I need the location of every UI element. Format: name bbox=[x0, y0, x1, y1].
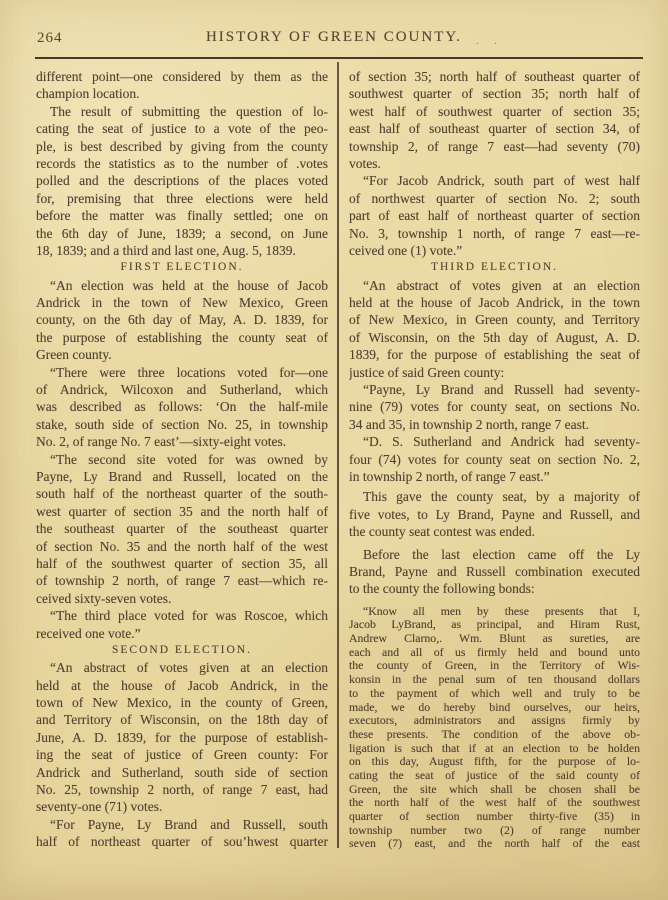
text-line: half of northeast quarter of sou’hwest q… bbox=[36, 833, 328, 850]
text-line: town of New Mexico, in the county of Gre… bbox=[36, 694, 328, 711]
text-line: nine (79) votes for county seat, on sect… bbox=[349, 398, 640, 415]
text-line: the 6th day of June, 1839; a second, on … bbox=[36, 225, 328, 242]
text-line: of Andrick, Wilcoxon and Sutherland, whi… bbox=[36, 381, 328, 398]
text-line: records the statistics as to the number … bbox=[36, 155, 328, 172]
text-line: different point—one considered by them a… bbox=[36, 68, 328, 85]
text-line: polled and the descriptions of the place… bbox=[36, 172, 328, 189]
text-line: No. 25, township 2 north, of range 7 eas… bbox=[36, 781, 328, 798]
text-line: stake, south side of section No. 25, in … bbox=[36, 416, 328, 433]
text-line: east half of southeast quarter of sectio… bbox=[349, 120, 640, 137]
text-line: for, premising that three elections were… bbox=[36, 190, 328, 207]
text-line: received one vote.” bbox=[36, 625, 328, 642]
text-line: konsin in the penal sum of ten thousand … bbox=[349, 673, 640, 687]
text-line: ceived one (1) vote.” bbox=[349, 242, 640, 259]
text-line: of New Mexico, in Green county, and Terr… bbox=[349, 311, 640, 328]
text-line: of section 35; north half of southeast q… bbox=[349, 68, 640, 85]
text-line: quarter of section number thirty-five (3… bbox=[349, 810, 640, 824]
text-line: west quarter of section 35 and the north… bbox=[36, 503, 328, 520]
text-line: held at the house of Jacob Andrick, in t… bbox=[36, 677, 328, 694]
text-line: justice of said Green county: bbox=[349, 364, 640, 381]
text-line: held at the house of Jacob Andrick, in t… bbox=[349, 294, 640, 311]
text-line: Before the last election came off the Ly bbox=[349, 546, 640, 563]
text-line: champion location. bbox=[36, 85, 328, 102]
page-header-title: HISTORY OF GREEN COUNTY. bbox=[0, 29, 668, 46]
book-page: 264 HISTORY OF GREEN COUNTY. . . differe… bbox=[0, 0, 668, 900]
text-line: “D. S. Sutherland and Andrick had sevent… bbox=[349, 433, 640, 450]
text-line: No. 3, township 1 north, of range 7 east… bbox=[349, 225, 640, 242]
text-line: Green, the site which shall be chosen sh… bbox=[349, 783, 640, 797]
text-line: county, on the 6th day of May, A. D. 183… bbox=[36, 311, 328, 328]
left-column: different point—one considered by them a… bbox=[36, 68, 328, 851]
text-line: part of east half of northeast quarter o… bbox=[349, 207, 640, 224]
text-line: Andrew Clarno,. Wm. Blunt as sureties, a… bbox=[349, 632, 640, 646]
text-line: “An abstract of votes given at an electi… bbox=[36, 659, 328, 676]
text-line: 34 and 35, in township 2 north, range 7 … bbox=[349, 416, 640, 433]
text-line: the purpose of establishing the county s… bbox=[36, 329, 328, 346]
text-line: No. 2, of range No. 7 east’—sixty-eight … bbox=[36, 433, 328, 450]
text-line: south half of the northeast quarter of t… bbox=[36, 485, 328, 502]
text-line: ing the seat of justice of Green county:… bbox=[36, 746, 328, 763]
text-line: seven (7) east, and the north half of th… bbox=[349, 837, 640, 851]
text-line: “Payne, Ly Brand and Russell had seventy… bbox=[349, 381, 640, 398]
text-line: “An abstract of votes given at an electi… bbox=[349, 277, 640, 294]
text-line: before the matter was finally settled; o… bbox=[36, 207, 328, 224]
text-line: of township 2 north, of range 7 east—whi… bbox=[36, 572, 328, 589]
text-line: ligation is such that if at an election … bbox=[349, 742, 640, 756]
text-line: was described as follows: ‘On the half-m… bbox=[36, 398, 328, 415]
text-line: township 2, of range 7 east—had seventy … bbox=[349, 138, 640, 155]
text-line: The result of submitting the question of… bbox=[36, 103, 328, 120]
section-heading: FIRST ELECTION. bbox=[36, 259, 328, 276]
text-line: to the payment of which well and truly t… bbox=[349, 687, 640, 701]
section-heading: THIRD ELECTION. bbox=[349, 259, 640, 276]
text-line: This gave the county seat, by a majority… bbox=[349, 488, 640, 505]
text-line: of northwest quarter of section No. 2; s… bbox=[349, 190, 640, 207]
column-divider-rule bbox=[337, 62, 339, 848]
text-line: Payne, Ly Brand and Russell, located on … bbox=[36, 468, 328, 485]
text-line: the county seat contest was ended. bbox=[349, 523, 640, 540]
text-line: seventy-one (71) votes. bbox=[36, 798, 328, 815]
text-line: each and all of us firmly held and bound… bbox=[349, 646, 640, 660]
text-line: “An election was held at the house of Ja… bbox=[36, 277, 328, 294]
text-line: made, we do hereby bind ourselves, our h… bbox=[349, 701, 640, 715]
text-line: ceived sixty-seven votes. bbox=[36, 590, 328, 607]
text-line: “There were three locations voted for—on… bbox=[36, 364, 328, 381]
text-line: the southeast quarter of the southeast q… bbox=[36, 520, 328, 537]
text-line: southwest quarter of section 35; north h… bbox=[349, 85, 640, 102]
text-line: these presents. The condition of the abo… bbox=[349, 728, 640, 742]
text-line: on this day, August fifth, for the purpo… bbox=[349, 755, 640, 769]
text-line: “The second site voted for was owned by bbox=[36, 451, 328, 468]
stray-ink-dots: . . bbox=[476, 33, 503, 48]
text-line: of Wisconsin, on the 5th day of August, … bbox=[349, 329, 640, 346]
text-line: June, A. D. 1839, for the purpose of est… bbox=[36, 729, 328, 746]
text-line: in township 2 north, of range 7 east.” bbox=[349, 468, 640, 485]
text-line: cating the seat of justice of the said c… bbox=[349, 769, 640, 783]
text-line: 1839, for the purpose of establishing th… bbox=[349, 346, 640, 363]
text-line: Jacob LyBrand, as principal, and Hiram R… bbox=[349, 618, 640, 632]
right-column: of section 35; north half of southeast q… bbox=[349, 68, 640, 851]
section-heading: SECOND ELECTION. bbox=[36, 642, 328, 659]
text-line: cating the seat of justice to a vote of … bbox=[36, 120, 328, 137]
text-line: Green county. bbox=[36, 346, 328, 363]
text-line: to the county the following bonds: bbox=[349, 580, 640, 597]
text-line: and Territory of Wisconsin, on the 18th … bbox=[36, 711, 328, 728]
text-line: ple, is best described by giving from th… bbox=[36, 138, 328, 155]
text-line: “For Jacob Andrick, south part of west h… bbox=[349, 172, 640, 189]
text-line: Andrick and Sutherland, south side of se… bbox=[36, 764, 328, 781]
text-line: “The third place voted for was Roscoe, w… bbox=[36, 607, 328, 624]
text-line: 18, 1839; and a third and last one, Aug.… bbox=[36, 242, 328, 259]
text-line: the north half of the west half of the s… bbox=[349, 796, 640, 810]
header-rule bbox=[35, 57, 643, 59]
text-line: township number two (2) of range number bbox=[349, 824, 640, 838]
text-line: Andrick in the town of New Mexico, Green bbox=[36, 294, 328, 311]
text-line: “For Payne, Ly Brand and Russell, south bbox=[36, 816, 328, 833]
text-line: of section No. 35 and the north half of … bbox=[36, 538, 328, 555]
text-line: four (74) votes for county seat on secti… bbox=[349, 451, 640, 468]
text-line: half of the southwest quarter of section… bbox=[36, 555, 328, 572]
text-line: “Know all men by these presents that I, bbox=[349, 605, 640, 619]
text-line: Brand, Payne and Russell combination exe… bbox=[349, 563, 640, 580]
text-line: executors, administrators and assigns fi… bbox=[349, 714, 640, 728]
text-line: west half of southwest quarter of sectio… bbox=[349, 103, 640, 120]
text-line: votes. bbox=[349, 155, 640, 172]
text-line: the county of Green, in the Territory of… bbox=[349, 659, 640, 673]
text-line: five votes, to Ly Brand, Payne and Russe… bbox=[349, 506, 640, 523]
